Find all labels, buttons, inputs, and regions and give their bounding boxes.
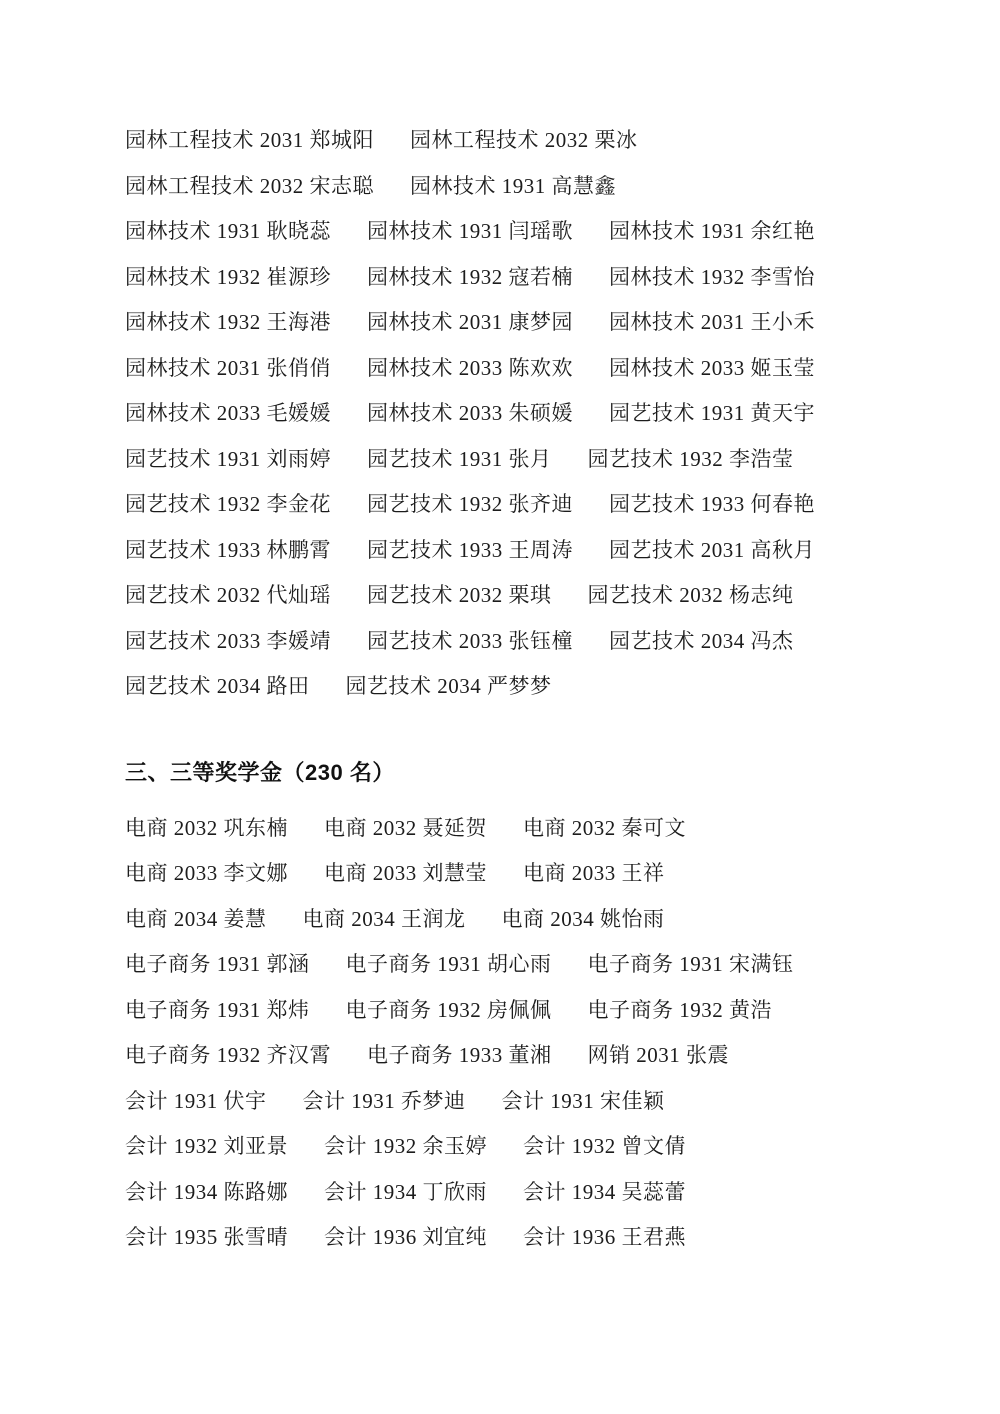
award-row: 园林工程技术 2031 郑城阳园林工程技术 2032 栗冰 — [125, 118, 880, 164]
award-entry: 园林技术 2033 陈欢欢 — [367, 346, 573, 392]
award-entry: 园艺技术 1931 刘雨婷 — [125, 437, 331, 483]
award-entry: 园林技术 1931 耿晓蕊 — [125, 209, 331, 255]
document-page: 园林工程技术 2031 郑城阳园林工程技术 2032 栗冰园林工程技术 2032… — [0, 0, 1000, 1414]
third-class-scholarship-list: 电商 2032 巩东楠电商 2032 聂延贺电商 2032 秦可文电商 2033… — [125, 806, 880, 1261]
award-entry: 会计 1932 余玉婷 — [324, 1124, 487, 1170]
award-entry: 会计 1934 陈路娜 — [125, 1170, 288, 1216]
award-row: 电子商务 1931 郭涵电子商务 1931 胡心雨电子商务 1931 宋满钰 — [125, 942, 880, 988]
award-row: 会计 1932 刘亚景会计 1932 余玉婷会计 1932 曾文倩 — [125, 1124, 880, 1170]
award-entry: 园林技术 1931 高慧鑫 — [410, 164, 616, 210]
award-entry: 园艺技术 1932 李浩莹 — [588, 437, 794, 483]
section-heading-third-class-scholarship: 三、三等奖学金（230 名） — [125, 758, 880, 788]
award-entry: 会计 1931 宋佳颖 — [502, 1079, 665, 1125]
award-entry: 园艺技术 2033 张钰橦 — [367, 619, 573, 665]
award-entry: 电商 2034 姚怡雨 — [502, 897, 665, 943]
award-list-continued: 园林工程技术 2031 郑城阳园林工程技术 2032 栗冰园林工程技术 2032… — [125, 118, 880, 710]
award-row: 园林工程技术 2032 宋志聪园林技术 1931 高慧鑫 — [125, 164, 880, 210]
award-entry: 园林工程技术 2032 栗冰 — [410, 118, 638, 164]
award-entry: 会计 1934 吴蕊蕾 — [523, 1170, 686, 1216]
award-entry: 园林技术 2033 姬玉莹 — [609, 346, 815, 392]
award-entry: 电子商务 1931 胡心雨 — [346, 942, 552, 988]
award-entry: 网销 2031 张震 — [588, 1033, 730, 1079]
award-entry: 园艺技术 1931 张月 — [367, 437, 552, 483]
award-entry: 电商 2033 王祥 — [523, 851, 665, 897]
award-entry: 园艺技术 1933 林鹏霄 — [125, 528, 331, 574]
award-entry: 会计 1932 曾文倩 — [523, 1124, 686, 1170]
award-entry: 电商 2033 刘慧莹 — [324, 851, 487, 897]
award-entry: 园艺技术 2034 冯杰 — [609, 619, 794, 665]
award-entry: 园艺技术 1931 黄天宇 — [609, 391, 815, 437]
award-row: 园林技术 1932 王海港园林技术 2031 康梦园园林技术 2031 王小禾 — [125, 300, 880, 346]
award-entry: 园艺技术 1933 王周涛 — [367, 528, 573, 574]
award-row: 园林技术 1932 崔源珍园林技术 1932 寇若楠园林技术 1932 李雪怡 — [125, 255, 880, 301]
award-entry: 电商 2034 姜慧 — [125, 897, 267, 943]
award-row: 电商 2034 姜慧电商 2034 王润龙电商 2034 姚怡雨 — [125, 897, 880, 943]
award-entry: 园林技术 1931 闫瑶歌 — [367, 209, 573, 255]
award-entry: 电商 2034 王润龙 — [303, 897, 466, 943]
award-entry: 园林技术 1932 崔源珍 — [125, 255, 331, 301]
award-row: 电子商务 1931 郑炜电子商务 1932 房佩佩电子商务 1932 黄浩 — [125, 988, 880, 1034]
award-entry: 会计 1931 伏宇 — [125, 1079, 267, 1125]
award-entry: 园林技术 2033 朱硕媛 — [367, 391, 573, 437]
award-row: 园艺技术 2032 代灿瑶园艺技术 2032 栗琪园艺技术 2032 杨志纯 — [125, 573, 880, 619]
award-entry: 园艺技术 2032 杨志纯 — [588, 573, 794, 619]
award-row: 园艺技术 1933 林鹏霄园艺技术 1933 王周涛园艺技术 2031 高秋月 — [125, 528, 880, 574]
award-entry: 园林技术 1932 寇若楠 — [367, 255, 573, 301]
award-entry: 电子商务 1932 黄浩 — [588, 988, 773, 1034]
award-entry: 电子商务 1932 房佩佩 — [346, 988, 552, 1034]
award-entry: 电商 2033 李文娜 — [125, 851, 288, 897]
award-row: 会计 1935 张雪晴会计 1936 刘宜纯会计 1936 王君燕 — [125, 1215, 880, 1261]
award-entry: 园林技术 2031 康梦园 — [367, 300, 573, 346]
award-row: 园艺技术 2034 路田园艺技术 2034 严梦梦 — [125, 664, 880, 710]
award-entry: 电商 2032 秦可文 — [523, 806, 686, 852]
award-entry: 会计 1936 王君燕 — [523, 1215, 686, 1261]
award-row: 园林技术 2031 张俏俏园林技术 2033 陈欢欢园林技术 2033 姬玉莹 — [125, 346, 880, 392]
award-entry: 会计 1931 乔梦迪 — [303, 1079, 466, 1125]
award-entry: 园艺技术 1932 张齐迪 — [367, 482, 573, 528]
award-entry: 园艺技术 2032 代灿瑶 — [125, 573, 331, 619]
award-entry: 园林技术 2033 毛媛媛 — [125, 391, 331, 437]
award-row: 会计 1934 陈路娜会计 1934 丁欣雨会计 1934 吴蕊蕾 — [125, 1170, 880, 1216]
award-row: 园艺技术 2033 李媛靖园艺技术 2033 张钰橦园艺技术 2034 冯杰 — [125, 619, 880, 665]
award-entry: 园艺技术 2032 栗琪 — [367, 573, 552, 619]
award-entry: 会计 1935 张雪晴 — [125, 1215, 288, 1261]
award-entry: 园林技术 2031 王小禾 — [609, 300, 815, 346]
award-entry: 园艺技术 1932 李金花 — [125, 482, 331, 528]
award-entry: 园艺技术 1933 何春艳 — [609, 482, 815, 528]
award-entry: 园艺技术 2034 严梦梦 — [346, 664, 552, 710]
award-row: 园艺技术 1931 刘雨婷园艺技术 1931 张月园艺技术 1932 李浩莹 — [125, 437, 880, 483]
award-entry: 电子商务 1931 宋满钰 — [588, 942, 794, 988]
award-entry: 电商 2032 巩东楠 — [125, 806, 288, 852]
award-entry: 园林工程技术 2032 宋志聪 — [125, 164, 374, 210]
award-entry: 会计 1936 刘宜纯 — [324, 1215, 487, 1261]
award-entry: 园艺技术 2033 李媛靖 — [125, 619, 331, 665]
award-entry: 园林技术 1931 余红艳 — [609, 209, 815, 255]
award-row: 园艺技术 1932 李金花园艺技术 1932 张齐迪园艺技术 1933 何春艳 — [125, 482, 880, 528]
award-row: 会计 1931 伏宇会计 1931 乔梦迪会计 1931 宋佳颖 — [125, 1079, 880, 1125]
award-row: 电子商务 1932 齐汉霄电子商务 1933 董湘网销 2031 张震 — [125, 1033, 880, 1079]
award-entry: 园艺技术 2031 高秋月 — [609, 528, 815, 574]
award-row: 电商 2032 巩东楠电商 2032 聂延贺电商 2032 秦可文 — [125, 806, 880, 852]
award-entry: 电子商务 1933 董湘 — [367, 1033, 552, 1079]
award-row: 电商 2033 李文娜电商 2033 刘慧莹电商 2033 王祥 — [125, 851, 880, 897]
award-row: 园林技术 2033 毛媛媛园林技术 2033 朱硕媛园艺技术 1931 黄天宇 — [125, 391, 880, 437]
award-row: 园林技术 1931 耿晓蕊园林技术 1931 闫瑶歌园林技术 1931 余红艳 — [125, 209, 880, 255]
award-entry: 电子商务 1932 齐汉霄 — [125, 1033, 331, 1079]
award-entry: 园林工程技术 2031 郑城阳 — [125, 118, 374, 164]
award-entry: 会计 1934 丁欣雨 — [324, 1170, 487, 1216]
award-entry: 会计 1932 刘亚景 — [125, 1124, 288, 1170]
award-entry: 园林技术 1932 李雪怡 — [609, 255, 815, 301]
award-entry: 园林技术 2031 张俏俏 — [125, 346, 331, 392]
award-entry: 园林技术 1932 王海港 — [125, 300, 331, 346]
award-entry: 电商 2032 聂延贺 — [324, 806, 487, 852]
award-entry: 园艺技术 2034 路田 — [125, 664, 310, 710]
award-entry: 电子商务 1931 郭涵 — [125, 942, 310, 988]
award-entry: 电子商务 1931 郑炜 — [125, 988, 310, 1034]
